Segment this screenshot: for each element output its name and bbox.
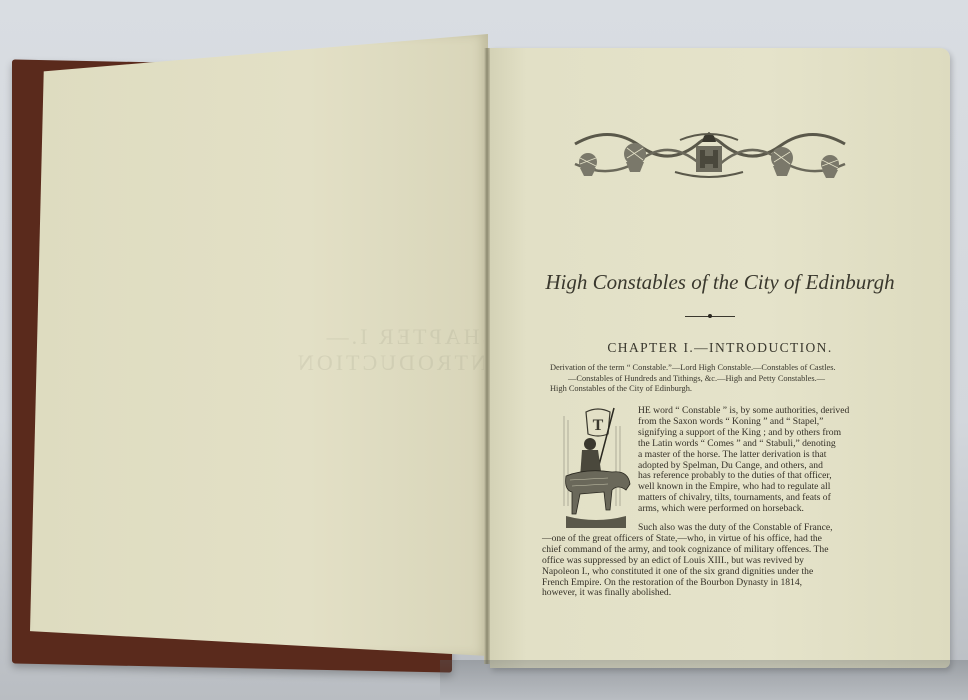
knight-dropcap-illustration-icon: T (556, 406, 636, 531)
chapter-heading: CHAPTER I.—INTRODUCTION. (490, 340, 950, 356)
body-line: however, it was finally abolished. (542, 588, 854, 599)
body-line: a master of the horse. The latter deriva… (638, 450, 854, 461)
svg-text:T: T (593, 417, 604, 434)
body-line: Napoleon I., who constituted it one of t… (542, 567, 854, 578)
table-shadow (440, 660, 968, 700)
body-line: office was suppressed by an edict of Lou… (542, 556, 854, 567)
body-line: arms, which were performed on horseback. (638, 504, 854, 515)
thistle-headpiece-icon (570, 124, 850, 180)
body-text-wrapped: HE word “ Constable ” is, by some author… (638, 406, 854, 515)
body-text-full: Such also was the duty of the Constable … (542, 523, 854, 599)
summary-line: High Constables of the City of Edinburgh… (550, 384, 692, 393)
body-line: the Latin words “ Comes ” and “ Stabuli,… (638, 439, 854, 450)
left-page: CHAPTER I.—INTRODUCTION (30, 34, 488, 656)
summary-line: Derivation of the term “ Constable.”—Lor… (550, 363, 836, 372)
running-title: High Constables of the City of Edinburgh (490, 270, 950, 295)
bleed-through-text: CHAPTER I.—INTRODUCTION (295, 324, 497, 376)
title-rule-dot (708, 314, 712, 318)
right-page: High Constables of the City of Edinburgh… (490, 48, 950, 668)
chapter-summary: Derivation of the term “ Constable.”—Lor… (550, 363, 860, 395)
summary-line: —Constables of Hundreds and Tithings, &c… (550, 374, 860, 385)
